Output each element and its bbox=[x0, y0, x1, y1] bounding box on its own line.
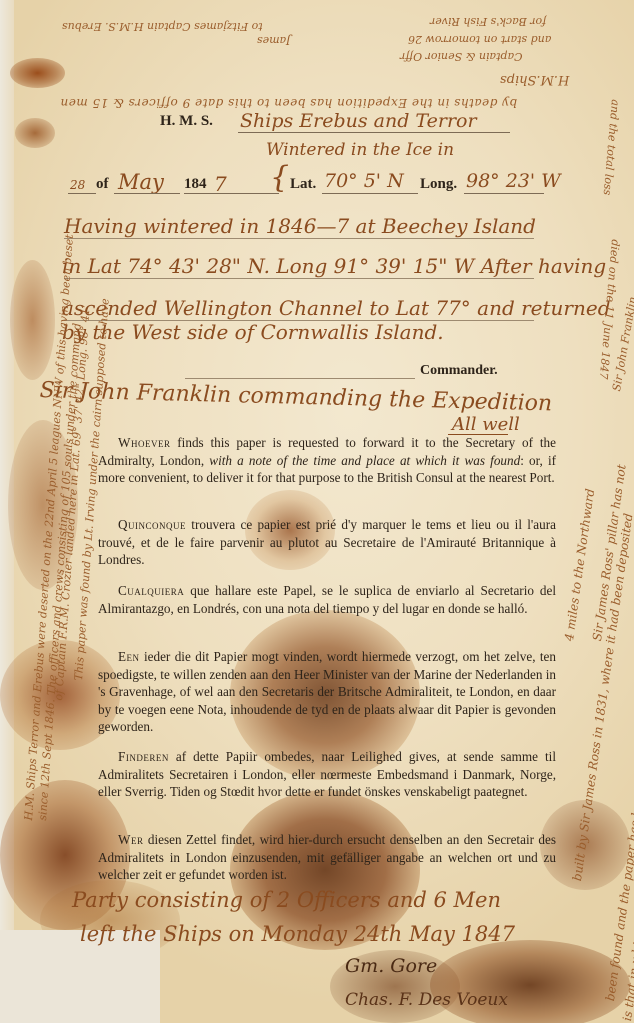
lat-line bbox=[322, 193, 418, 194]
notice-english: Whoever finds this paper is requested to… bbox=[98, 434, 556, 487]
notice-spanish: Cualquiera que hallare este Papel, se le… bbox=[98, 582, 556, 617]
notice-german-lead: Wer bbox=[118, 832, 143, 847]
notice-dutch-lead: Een bbox=[118, 649, 140, 664]
notice-danish-lead: Finderen bbox=[118, 749, 169, 764]
notice-german-text: diesen Zettel findet, wird hier-durch er… bbox=[98, 832, 556, 882]
report-line-4: by the West side of Cornwallis Island. bbox=[62, 320, 444, 344]
notice-dutch: Een ieder die dit Papier mogt vinden, wo… bbox=[98, 648, 556, 736]
notice-french-lead: Quinconque bbox=[118, 517, 186, 532]
notice-danish: Finderen af dette Papiir ombedes, naar L… bbox=[98, 748, 556, 801]
annotation-inverted-3: Captain & Senior Offr bbox=[400, 50, 522, 63]
lat-label: Lat. bbox=[290, 176, 316, 193]
long-value: 98° 23' W bbox=[466, 170, 561, 192]
hms-label: H. M. S. bbox=[160, 113, 213, 130]
annotation-inverted-5: for Back's Fish River bbox=[430, 15, 546, 28]
backing-edge-left bbox=[0, 0, 14, 1023]
lat-value: 70° 5' N bbox=[324, 170, 404, 192]
notice-german: Wer diesen Zettel findet, wird hier-durc… bbox=[98, 831, 556, 884]
wintered-note: Wintered in the Ice in bbox=[266, 140, 454, 160]
report-rule-1 bbox=[64, 238, 534, 239]
commander-label: Commander. bbox=[420, 363, 498, 379]
report-line-1: Having wintered in 1846—7 at Beechey Isl… bbox=[64, 214, 536, 238]
notice-dutch-text: ieder die dit Papier mogt vinden, wordt … bbox=[98, 649, 556, 734]
notice-english-lead: Whoever bbox=[118, 435, 170, 450]
month-value: May bbox=[118, 170, 164, 194]
commander-line bbox=[185, 378, 415, 379]
of-label: of bbox=[96, 176, 109, 193]
annotation-inverted-1: to Fitzjames Captain H.M.S. Erebus bbox=[62, 20, 263, 33]
annotation-inverted-6: H.M.Ships bbox=[500, 72, 569, 87]
month-line bbox=[114, 193, 180, 194]
notice-french: Quinconque trouvera ce papier est prié d… bbox=[98, 516, 556, 569]
report-rule-2 bbox=[64, 278, 534, 279]
brace: { bbox=[270, 168, 289, 188]
status-all-well: All well bbox=[452, 414, 520, 435]
long-label: Long. bbox=[420, 176, 457, 193]
annotation-inverted-4: and start on tomorrow 26 bbox=[408, 33, 551, 46]
annotation-inverted-7: by deaths in the Expedition has been to … bbox=[60, 96, 517, 110]
footer-line-1: Party consisting of 2 Officers and 6 Men bbox=[72, 888, 501, 912]
year-line bbox=[184, 193, 279, 194]
report-line-2: in Lat 74° 43' 28" N. Long 91° 39' 15" W… bbox=[62, 254, 606, 278]
ship-name: Ships Erebus and Terror bbox=[240, 110, 477, 132]
signature-des-voeux: Chas. F. Des Voeux bbox=[345, 990, 508, 1010]
notice-english-italic: with a note of the time and place at whi… bbox=[209, 453, 520, 468]
report-line-3: ascended Wellington Channel to Lat 77° a… bbox=[62, 296, 611, 320]
long-line bbox=[464, 193, 544, 194]
year-printed: 184 bbox=[184, 176, 207, 193]
footer-line-2: left the Ships on Monday 24th May 1847 bbox=[80, 922, 515, 946]
signature-gore: Gm. Gore bbox=[345, 955, 437, 977]
ship-name-line bbox=[238, 132, 510, 133]
annotation-inverted-2: James bbox=[257, 34, 291, 47]
notice-spanish-lead: Cualquiera bbox=[118, 583, 184, 598]
